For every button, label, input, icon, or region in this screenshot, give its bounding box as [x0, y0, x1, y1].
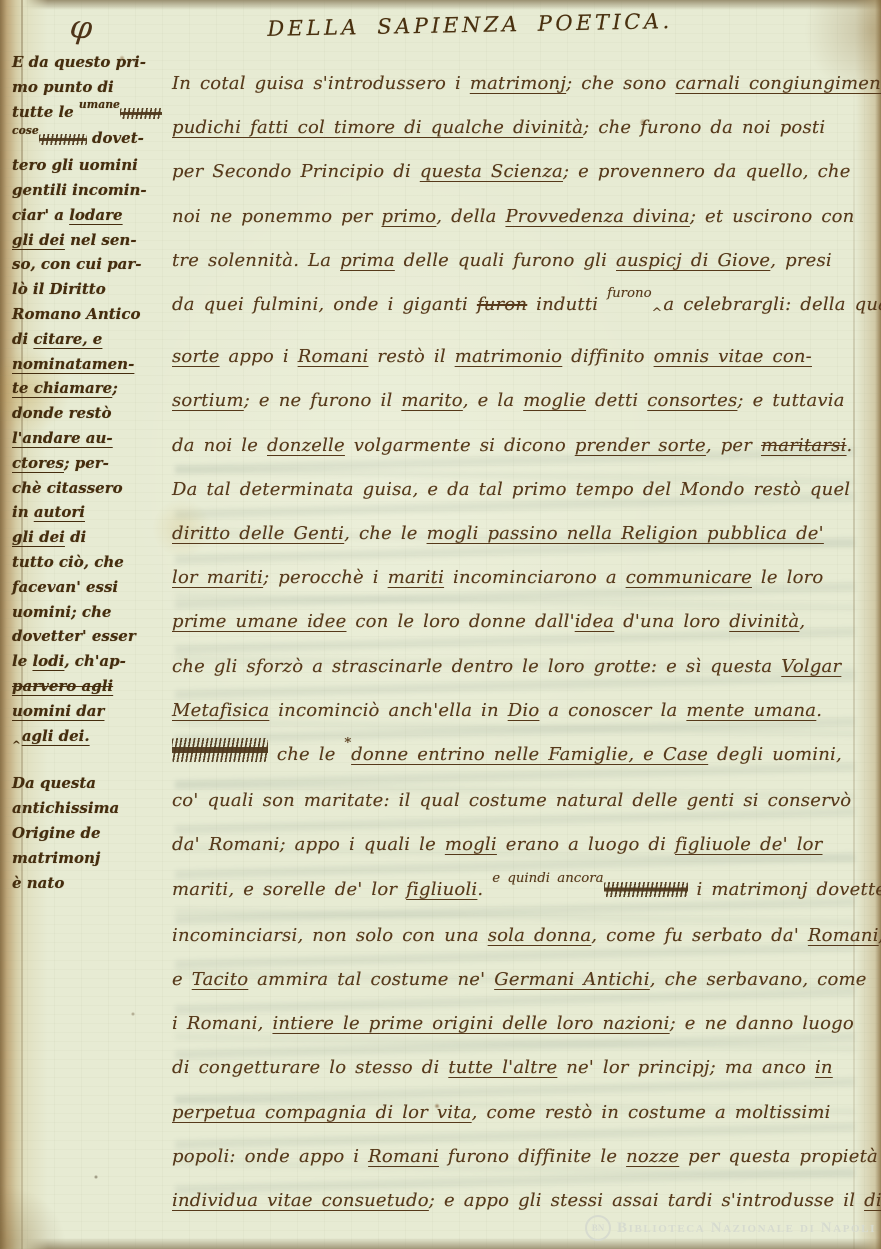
manuscript-line: è nato: [12, 871, 164, 896]
underlined-text: individua vitae consuetudo: [172, 1190, 429, 1211]
text-segment: so, con cui par-: [12, 255, 141, 273]
manuscript-line: antichissima: [12, 796, 164, 821]
manuscript-line: tutto ciò, che: [12, 550, 164, 575]
text-segment: restò il: [368, 346, 454, 367]
text-segment: co' quali son maritate: il qual costume …: [172, 790, 851, 811]
manuscript-line: matrimonj: [12, 846, 164, 871]
underlined-text: ctores: [12, 454, 64, 472]
underlined-text: prender sorte: [575, 435, 706, 456]
text-segment: che gli sforzò a strascinarle dentro le …: [172, 656, 781, 677]
underlined-text: l'andare au-: [12, 429, 113, 447]
manuscript-line: incominciarsi, non solo con una sola don…: [172, 914, 876, 958]
underlined-text: nominatamen-: [12, 355, 134, 373]
manuscript-line: lor mariti; perocchè i mariti incomincia…: [172, 556, 876, 600]
text-segment: e: [172, 969, 192, 990]
manuscript-line: di citare, e: [12, 327, 164, 352]
text-segment: ; che sono: [566, 73, 675, 94]
manuscript-line: popoli: onde appo i Romani furono diffin…: [172, 1135, 876, 1179]
text-segment: con le loro donne dall': [346, 611, 574, 632]
text-segment: ; et uscirono con: [690, 206, 855, 227]
manuscript-line: nominatamen-: [12, 352, 164, 377]
manuscript-line: te chiamare;: [12, 376, 164, 401]
manuscript-line: prime umane idee con le loro donne dall'…: [172, 600, 876, 644]
underlined-text: gli dei: [12, 528, 65, 546]
text-segment: , che serbavano, come: [650, 969, 867, 990]
underlined-text: Volgar: [781, 656, 841, 677]
text-segment: nel sen-: [65, 231, 137, 249]
text-segment: che le: [268, 744, 345, 765]
underlined-text: auspicj di Giove: [616, 250, 770, 271]
manuscript-line: diritto delle Genti, che le mogli passin…: [172, 512, 876, 556]
text-segment: .: [477, 879, 492, 900]
manuscript-line: mo punto di: [12, 75, 164, 100]
text-segment: ^: [12, 739, 21, 751]
text-segment: gentili incomin-: [12, 181, 147, 199]
underlined-text: lodi: [32, 652, 64, 670]
text-segment: ,: [799, 611, 805, 632]
manuscript-line: di congetturare lo stesso di tutte l'alt…: [172, 1046, 876, 1090]
manuscript-line: sortium; e ne furono il marito, e la mog…: [172, 379, 876, 423]
manuscript-line: tero gli uomini: [12, 153, 164, 178]
text-segment: ciar' a: [12, 206, 69, 224]
underlined-text: mogli passino nella Religion pubblica de…: [427, 523, 824, 544]
manuscript-line: per Secondo Principio di questa Scienza;…: [172, 150, 876, 194]
interlinear-insertion: cose: [12, 124, 39, 137]
manuscript-line: gli dei di: [12, 525, 164, 550]
manuscript-line: mariti, e sorelle de' lor figliuoli. e q…: [172, 868, 876, 914]
manuscript-line: facevan' essi: [12, 575, 164, 600]
text-segment: furono diffinite le: [439, 1146, 626, 1167]
text-segment: tre solennità. La: [172, 250, 340, 271]
text-segment: in: [12, 503, 34, 521]
text-segment: delle quali furono gli: [395, 250, 616, 271]
text-segment: da noi le: [172, 435, 267, 456]
manuscript-line: gli dei nel sen-: [12, 228, 164, 253]
text-segment: tutte le: [12, 103, 79, 121]
underlined-text: diritto delle Genti: [172, 523, 344, 544]
text-segment: Da questa: [12, 774, 96, 792]
text-segment: a conoscer la: [539, 700, 686, 721]
underlined-text: Romani: [298, 346, 369, 367]
text-segment: detti: [586, 390, 647, 411]
underlined-text: donne entrino nelle Famiglie, e Case: [351, 744, 708, 765]
text-segment: noi ne ponemmo per: [172, 206, 381, 227]
manuscript-line: Da questa: [12, 771, 164, 796]
underlined-text: mariti: [388, 567, 444, 588]
manuscript-page: φ DELLA SAPIENZA POETICA. E da questo pr…: [0, 0, 881, 1249]
logo-monogram: BN: [592, 1223, 605, 1233]
manuscript-line: E da questo pri-: [12, 50, 164, 75]
library-logo-icon: BN: [585, 1215, 611, 1241]
manuscript-line: Origine de: [12, 821, 164, 846]
interlinear-insertion: furono: [607, 286, 651, 301]
underlined-text: prime umane idee: [172, 611, 346, 632]
text-segment: ^: [652, 305, 663, 320]
text-segment: uomini; che: [12, 603, 111, 621]
underlined-text: autori: [34, 503, 85, 521]
underlined-text: idea: [575, 611, 614, 632]
text-segment: , e la: [463, 390, 523, 411]
underlined-text: lor mariti: [172, 567, 263, 588]
manuscript-line: chè citassero: [12, 476, 164, 501]
text-segment: Origine de: [12, 824, 101, 842]
manuscript-line: tre solennità. La prima delle quali furo…: [172, 239, 876, 283]
text-segment: , ch'ap-: [64, 652, 126, 670]
text-segment: Da tal determinata guisa, e da tal primo…: [172, 479, 850, 500]
underlined-text: nozze: [626, 1146, 679, 1167]
text-segment: .: [847, 435, 853, 456]
watermark-label: Biblioteca Nazionale di Napoli: [617, 1220, 876, 1237]
text-segment: In cotal guisa s'introdussero i: [172, 73, 470, 94]
text-segment: i Romani,: [172, 1013, 272, 1034]
underlined-text: maritarsi: [761, 435, 847, 456]
text-segment: ; per-: [64, 454, 109, 472]
underlined-text: mogli: [445, 834, 497, 855]
underlined-text: figliuoli: [406, 879, 477, 900]
text-segment: indutti: [527, 294, 607, 315]
underlined-text: Provvedenza divina: [505, 206, 689, 227]
text-segment: le loro: [752, 567, 824, 588]
scribble-cancellation: [120, 108, 162, 119]
text-segment: ;: [112, 379, 118, 397]
text-segment: facevan' essi: [12, 578, 118, 596]
text-segment: volgarmente si dicono: [345, 435, 575, 456]
text-segment: ; e provennero da quello, che: [563, 161, 851, 182]
manuscript-line: perpetua compagnia di lor vita, come res…: [172, 1091, 876, 1135]
interlinear-insertion: e quindi ancora: [492, 871, 603, 886]
text-segment: degli uomini,: [708, 744, 842, 765]
text-segment: ; e ne danno luogo: [670, 1013, 854, 1034]
underlined-text: omnis vitae con-: [654, 346, 812, 367]
underlined-text: communicare: [626, 567, 752, 588]
text-segment: , per: [706, 435, 761, 456]
underlined-text: pudichi fatti col timore di qualche divi…: [172, 117, 583, 138]
text-segment: le: [12, 652, 32, 670]
underlined-text: tutte l'altre: [448, 1057, 557, 1078]
text-segment: per questa propietà: [679, 1146, 878, 1167]
underlined-text: uomini dar: [12, 702, 104, 720]
underlined-text: Germani Antichi: [494, 969, 650, 990]
text-segment: è nato: [12, 874, 64, 892]
text-segment: da' Romani; appo i quali le: [172, 834, 445, 855]
interlinear-insertion: umane: [79, 98, 120, 111]
scribble-cancellation: [604, 882, 688, 897]
text-segment: ; e appo gli stessi assai tardi s'introd…: [429, 1190, 864, 1211]
manuscript-line: ^agli dei.: [12, 724, 164, 758]
underlined-text: intiere le prime origini delle loro nazi…: [272, 1013, 669, 1034]
manuscript-line: dovetter' esser: [12, 624, 164, 649]
text-segment: ne' lor principj; ma anco: [557, 1057, 815, 1078]
text-segment: , presi: [770, 250, 832, 271]
underlined-text: matrimonj: [470, 73, 566, 94]
manuscript-line: l'andare au-: [12, 426, 164, 451]
text-segment: d'una loro: [614, 611, 729, 632]
manuscript-line: donde restò: [12, 401, 164, 426]
manuscript-line: che gli sforzò a strascinarle dentro le …: [172, 645, 876, 689]
underlined-text: sola donna: [488, 925, 592, 946]
manuscript-line: sorte appo i Romani restò il matrimonio …: [172, 335, 876, 379]
text-segment: antichissima: [12, 799, 119, 817]
manuscript-line: uomini dar: [12, 699, 164, 724]
manuscript-line: Da tal determinata guisa, e da tal primo…: [172, 468, 876, 512]
underlined-text: Tacito: [192, 969, 248, 990]
main-text: In cotal guisa s'introdussero i matrimon…: [172, 62, 876, 1223]
text-segment: donde restò: [12, 404, 111, 422]
underlined-text: gli dei: [12, 231, 65, 249]
text-segment: a celebrargli: della qual: [663, 294, 881, 315]
manuscript-line: pudichi fatti col timore di qualche divi…: [172, 106, 876, 150]
manuscript-line: lò il Diritto: [12, 277, 164, 302]
interlinear-insertion: *: [345, 736, 352, 751]
text-segment: ammira tal costume ne': [248, 969, 494, 990]
text-segment: dovetter' esser: [12, 627, 136, 645]
text-segment: ; che furono da noi posti: [583, 117, 825, 138]
text-segment: ; perocchè i: [263, 567, 388, 588]
text-segment: popoli: onde appo i: [172, 1146, 368, 1167]
text-segment: ; e tuttavia: [737, 390, 844, 411]
underlined-text: questa Scienza: [420, 161, 563, 182]
underlined-text: figliuole de' lor: [675, 834, 822, 855]
underlined-text: consortes: [647, 390, 737, 411]
text-segment: erano a luogo di: [497, 834, 675, 855]
text-segment: diffinito: [562, 346, 653, 367]
manuscript-line: co' quali son maritate: il qual costume …: [172, 779, 876, 823]
text-segment: furon: [477, 294, 527, 315]
page-title: DELLA SAPIENZA POETICA.: [200, 8, 740, 42]
text-segment: matrimonj: [12, 849, 100, 867]
text-segment: incominciarono a: [444, 567, 626, 588]
text-segment: , come fu serbato da': [591, 925, 808, 946]
underlined-text: citare, e: [33, 330, 102, 348]
margin-notes: E da questo pri-mo punto ditutte le uman…: [12, 50, 164, 895]
text-segment: di congetturare lo stesso di: [172, 1057, 448, 1078]
manuscript-line: le lodi, ch'ap-: [12, 649, 164, 674]
text-segment: i matrimonj dovettero: [688, 879, 881, 900]
text-segment: .: [816, 700, 822, 721]
text-segment: , che le: [344, 523, 426, 544]
manuscript-line: cose dovet-: [12, 126, 164, 153]
underlined-text: te chiamare: [12, 379, 112, 397]
manuscript-line: tutte le umane: [12, 100, 164, 127]
text-segment: di: [12, 330, 33, 348]
manuscript-line: parvero agli: [12, 674, 164, 699]
scribble-cancellation: [39, 134, 87, 145]
text-segment: lò il Diritto: [12, 280, 106, 298]
manuscript-line: ctores; per-: [12, 451, 164, 476]
underlined-text: agli dei.: [22, 727, 90, 745]
text-segment: mariti, e sorelle de' lor: [172, 879, 406, 900]
underlined-text: Romani: [808, 925, 879, 946]
underlined-text: mente umana: [686, 700, 816, 721]
text-segment: incominciarsi, non solo con una: [172, 925, 488, 946]
manuscript-line: Metafisica incominciò anch'ella in Dio a…: [172, 689, 876, 733]
text-segment: incominciò anch'ella in: [269, 700, 507, 721]
underlined-text: sorte: [172, 346, 220, 367]
manuscript-line: che le *donne entrino nelle Famiglie, e …: [172, 733, 876, 779]
manuscript-line: Romano Antico: [12, 302, 164, 327]
underlined-text: carnali congiungimenti: [675, 73, 881, 94]
manuscript-line: noi ne ponemmo per primo, della Provvede…: [172, 195, 876, 239]
manuscript-line: ciar' a lodare: [12, 203, 164, 228]
underlined-text: primo: [381, 206, 436, 227]
manuscript-line: i Romani, intiere le prime origini delle…: [172, 1002, 876, 1046]
manuscript-line: in autori: [12, 500, 164, 525]
underlined-text: divorzio: [864, 1190, 881, 1211]
manuscript-line: so, con cui par-: [12, 252, 164, 277]
text-segment: E da questo pri-: [12, 53, 146, 71]
text-segment: da quei fulmini, onde i giganti: [172, 294, 477, 315]
underlined-text: Romani: [368, 1146, 439, 1167]
manuscript-line: da noi le donzelle volgarmente si dicono…: [172, 424, 876, 468]
text-segment: di: [65, 528, 86, 546]
underlined-text: Dio: [508, 700, 540, 721]
manuscript-line: uomini; che: [12, 600, 164, 625]
underlined-text: divinità: [729, 611, 799, 632]
text-segment: , come restò in costume a moltissimi: [472, 1102, 831, 1123]
text-segment: per Secondo Principio di: [172, 161, 420, 182]
folio-mark: φ: [68, 7, 94, 47]
library-watermark: BN Biblioteca Nazionale di Napoli: [585, 1215, 876, 1241]
text-segment: , della: [436, 206, 505, 227]
underlined-text: moglie: [523, 390, 586, 411]
underlined-text: lodare: [69, 206, 122, 224]
manuscript-line: gentili incomin-: [12, 178, 164, 203]
scribble-cancellation: [172, 738, 268, 762]
text-segment: dovet-: [87, 129, 144, 147]
underlined-text: prima: [340, 250, 395, 271]
underlined-text: perpetua compagnia di lor vita: [172, 1102, 472, 1123]
text-segment: ; e ne furono il: [244, 390, 402, 411]
underlined-text: Metafisica: [172, 700, 269, 721]
underlined-text: sortium: [172, 390, 244, 411]
underlined-text: marito: [401, 390, 462, 411]
manuscript-line: da' Romani; appo i quali le mogli erano …: [172, 823, 876, 867]
manuscript-line: da quei fulmini, onde i giganti furon in…: [172, 283, 876, 335]
text-segment: appo i: [220, 346, 298, 367]
text-segment: chè citassero: [12, 479, 123, 497]
text-segment: tero gli uomini: [12, 156, 138, 174]
text-segment: mo punto di: [12, 78, 114, 96]
underlined-text: in: [815, 1057, 833, 1078]
manuscript-line: In cotal guisa s'introdussero i matrimon…: [172, 62, 876, 106]
underlined-text: parvero agli: [12, 677, 113, 695]
text-segment: Romano Antico: [12, 305, 141, 323]
text-segment: tutto ciò, che: [12, 553, 124, 571]
manuscript-line: e Tacito ammira tal costume ne' Germani …: [172, 958, 876, 1002]
underlined-text: matrimonio: [455, 346, 563, 367]
underlined-text: donzelle: [267, 435, 345, 456]
